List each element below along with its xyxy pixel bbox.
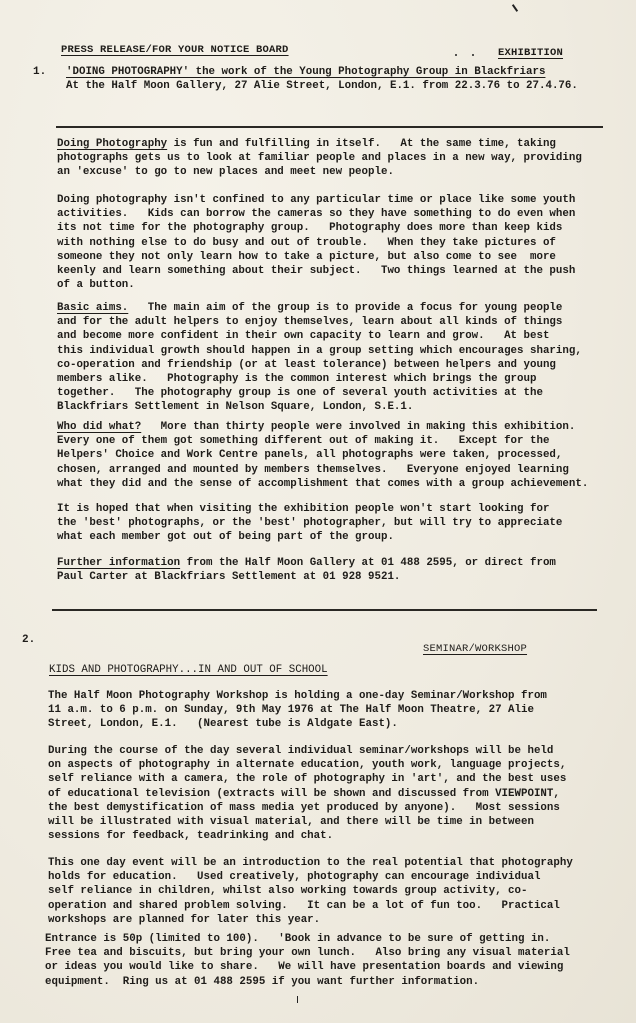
text-line: Every one of them got something differen… — [57, 434, 617, 448]
lead-further-information: Further information — [57, 557, 180, 569]
lead-basic-aims: Basic aims. — [57, 302, 128, 314]
ink-mark — [512, 4, 518, 12]
paragraph-hoped: It is hoped that when visiting the exhib… — [57, 502, 617, 545]
paragraph-further-information: Further information from the Half Moon G… — [57, 556, 617, 584]
text-line: Doing photography isn't confined to any … — [57, 193, 617, 207]
section-number-2: 2. — [22, 634, 35, 646]
text-line: the 'best' photographs, or the 'best' ph… — [57, 516, 617, 530]
text-line: 11 a.m. to 6 p.m. on Sunday, 9th May 197… — [48, 703, 608, 717]
paragraph-seminar-announcement: The Half Moon Photography Workshop is ho… — [48, 689, 608, 732]
text-line: equipment. Ring us at 01 488 2595 if you… — [45, 975, 605, 989]
text-line: activities. Kids can borrow the cameras … — [57, 207, 617, 221]
text-line: or ideas you would like to share. We wil… — [45, 960, 605, 974]
text-line: of educational television (extracts will… — [48, 787, 608, 801]
paragraph-basic-aims: Basic aims. The main aim of the group is… — [57, 301, 617, 415]
text-line: on aspects of photography in alternate e… — [48, 758, 608, 772]
text-line: an 'excuse' to go to new places and meet… — [57, 165, 617, 179]
text-line: this individual growth should happen in … — [57, 344, 617, 358]
text-line: its not time for the photography group. … — [57, 221, 617, 235]
paragraph-not-confined: Doing photography isn't confined to any … — [57, 193, 617, 292]
document-page: PRESS RELEASE/FOR YOUR NOTICE BOARD EXHI… — [0, 0, 636, 1023]
text-line: from the Half Moon Gallery at 01 488 259… — [180, 557, 556, 569]
section-number-1: 1. — [33, 66, 46, 78]
divider-rule — [52, 609, 597, 611]
text-line: together. The photography group is one o… — [57, 386, 617, 400]
seminar-title: KIDS AND PHOTOGRAPHY...IN AND OUT OF SCH… — [49, 664, 328, 676]
text-line: operation and shared problem solving. It… — [48, 899, 608, 913]
text-line: Paul Carter at Blackfriars Settlement at… — [57, 570, 617, 584]
text-line: someone they not only learn how to take … — [57, 250, 617, 264]
exhibition-title: 'DOING PHOTOGRAPHY' the work of the Youn… — [66, 66, 545, 78]
ink-dot — [472, 54, 474, 56]
text-line: This one day event will be an introducti… — [48, 856, 608, 870]
paragraph-introduction: This one day event will be an introducti… — [48, 856, 608, 927]
text-line: with nothing else to do busy and out of … — [57, 236, 617, 250]
exhibition-label: EXHIBITION — [498, 47, 563, 59]
text-line: keenly and learn something about their s… — [57, 264, 617, 278]
text-line: chosen, arranged and mounted by members … — [57, 463, 617, 477]
text-line: Street, London, E.1. (Nearest tube is Al… — [48, 717, 608, 731]
text-line: and for the adult helpers to enjoy thems… — [57, 315, 617, 329]
text-line: self reliance with a camera, the role of… — [48, 772, 608, 786]
paragraph-seminar-sessions: During the course of the day several ind… — [48, 744, 608, 843]
text-line: During the course of the day several ind… — [48, 744, 608, 758]
text-line: holds for education. Used creatively, ph… — [48, 870, 608, 884]
text-line: sessions for feedback, teadrinking and c… — [48, 829, 608, 843]
text-line: Entrance is 50p (limited to 100). 'Book … — [45, 932, 605, 946]
text-line: the best demystification of mass media y… — [48, 801, 608, 815]
text-line: and become more confident in their own c… — [57, 329, 617, 343]
exhibition-title-line1: 'DOING PHOTOGRAPHY' the work of the Youn… — [66, 66, 545, 78]
text-line: workshops are planned for later this yea… — [48, 913, 608, 927]
text-line: Blackfriars Settlement in Nelson Square,… — [57, 400, 617, 414]
text-line: Free tea and biscuits, but bring your ow… — [45, 946, 605, 960]
text-line: photographs gets us to look at familiar … — [57, 151, 617, 165]
paragraph-entrance: Entrance is 50p (limited to 100). 'Book … — [45, 932, 605, 989]
seminar-workshop-label: SEMINAR/WORKSHOP — [423, 643, 527, 655]
text-line: It is hoped that when visiting the exhib… — [57, 502, 617, 516]
text-line: members alike. Photography is the common… — [57, 372, 617, 386]
lead-doing-photography: Doing Photography — [57, 138, 167, 150]
text-line: Helpers' Choice and Work Centre panels, … — [57, 448, 617, 462]
paragraph-who-did-what: Who did what? More than thirty people we… — [57, 420, 617, 491]
text-line: More than thirty people were involved in… — [141, 421, 575, 433]
text-line: what they did and the sense of accomplis… — [57, 477, 617, 491]
exhibition-venue-dates: At the Half Moon Gallery, 27 Alie Street… — [66, 80, 578, 92]
text-line: will be illustrated with visual material… — [48, 815, 608, 829]
text-line: of a button. — [57, 278, 617, 292]
text-line: what each member got out of being part o… — [57, 530, 617, 544]
divider-rule — [56, 126, 603, 128]
text-line: co-operation and friendship (or at least… — [57, 358, 617, 372]
ink-mark — [297, 996, 298, 1003]
paragraph-doing-photography: Doing Photography is fun and fulfilling … — [57, 137, 617, 180]
text-line: The Half Moon Photography Workshop is ho… — [48, 689, 608, 703]
text-line: The main aim of the group is to provide … — [128, 302, 562, 314]
ink-dot — [455, 54, 457, 56]
lead-who-did-what: Who did what? — [57, 421, 141, 433]
text-line: is fun and fulfilling in itself. At the … — [167, 138, 556, 150]
text-line: self reliance in children, whilst also w… — [48, 884, 608, 898]
press-release-heading: PRESS RELEASE/FOR YOUR NOTICE BOARD — [61, 44, 289, 56]
